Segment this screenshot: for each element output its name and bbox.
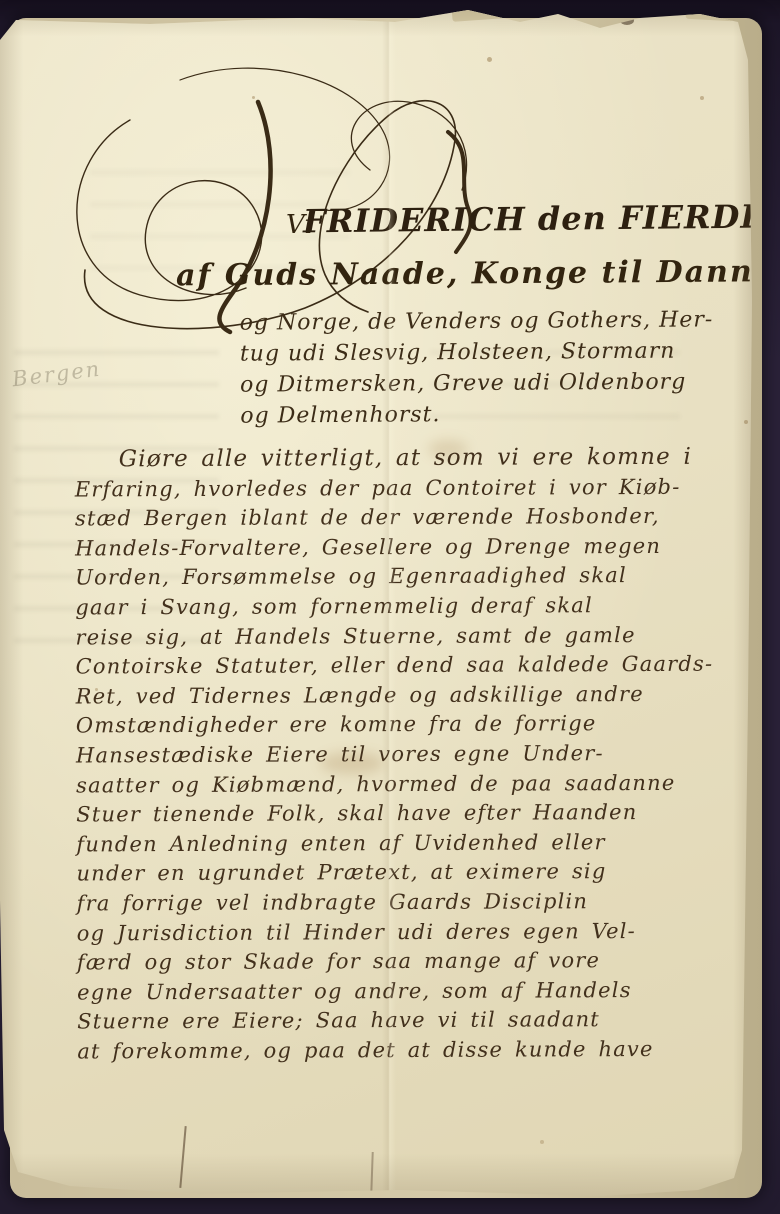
manuscript-line: Hansestædiske Eiere til vores egne Under… — [76, 738, 748, 771]
age-spot — [487, 57, 492, 62]
heading-title-line: og Delmenhorst. — [240, 397, 714, 431]
crease-scratch — [370, 1152, 373, 1194]
manuscript-photo: Bergen Vi FRIDERICH den FIERDE, af Guds … — [0, 0, 780, 1214]
manuscript-line: egne Undersaatter og andre, som af Hande… — [77, 975, 749, 1008]
manuscript-line: reise sig, at Handels Stuerne, samt de g… — [75, 620, 747, 653]
manuscript-line: gaar i Svang, som fornemmelig deraf skal — [75, 591, 747, 624]
manuscript-body-text: Giøre alle vitterligt, at som vi ere kom… — [75, 443, 750, 1067]
manuscript-line: stæd Bergen iblant de der værende Hosbon… — [75, 502, 747, 535]
manuscript-line: Stuer tienende Folk, skal have efter Haa… — [76, 798, 748, 831]
heading-titles: og Norge, de Venders og Gothers, Her- tu… — [240, 304, 714, 431]
manuscript-line: Contoirske Statuter, eller dend saa kald… — [76, 650, 748, 683]
age-spot — [252, 96, 255, 99]
heading-by-grace: af Guds Naade, Konge til Dannemark — [176, 254, 780, 294]
heading-title-line: tug udi Slesvig, Holsteen, Stormarn — [240, 335, 714, 369]
heading-title-line: og Ditmersken, Greve udi Oldenborg — [240, 366, 714, 400]
heading-royal-name: FRIDERICH den FIERDE, — [303, 198, 753, 241]
manuscript-line: Ret, ved Tidernes Længde og adskillige a… — [76, 679, 748, 712]
heading-title-line: og Norge, de Venders og Gothers, Her- — [240, 304, 714, 338]
marginalia-ghost-text: Bergen — [11, 357, 103, 392]
age-spot — [540, 1140, 544, 1144]
manuscript-line: saatter og Kiøbmænd, hvormed de paa saad… — [76, 768, 748, 801]
manuscript-line: Stuerne ere Eiere; Saa have vi til saada… — [77, 1005, 749, 1038]
manuscript-line: færd og stor Skade for saa mange af vore — [77, 946, 749, 979]
calligraphic-flourish-initial — [30, 40, 490, 340]
age-spot — [744, 420, 748, 424]
manuscript-line: under en ugrundet Prætext, at eximere si… — [76, 857, 748, 890]
age-spot — [700, 96, 704, 100]
manuscript-line: at forekomme, og paa det at disse kunde … — [77, 1034, 749, 1067]
manuscript-line: funden Anledning enten af Uvidenhed elle… — [76, 827, 748, 860]
manuscript-line: Handels-Forvaltere, Gesellere og Drenge … — [75, 531, 747, 564]
manuscript-line: og Jurisdiction til Hinder udi deres ege… — [77, 916, 749, 949]
manuscript-line: Uorden, Forsømmelse og Egenraadighed ska… — [75, 561, 747, 594]
manuscript-line: fra forrige vel indbragte Gaards Discipl… — [77, 886, 749, 919]
manuscript-line: Giøre alle vitterligt, at som vi ere kom… — [75, 443, 747, 476]
manuscript-line: Omstændigheder ere komne fra de forrige — [76, 709, 748, 742]
crease-scratch — [179, 1126, 186, 1188]
manuscript-line: Erfaring, hvorledes der paa Contoiret i … — [75, 472, 747, 505]
manuscript-page: Bergen Vi FRIDERICH den FIERDE, af Guds … — [0, 0, 780, 1214]
